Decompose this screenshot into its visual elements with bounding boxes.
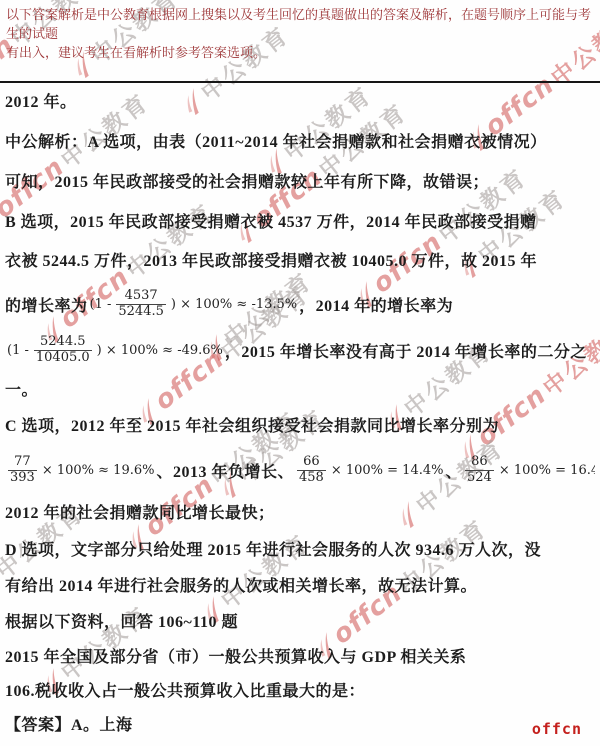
fraction-66-458: 66 458 [297, 455, 326, 486]
disclaimer-line-2: 有出入，建议考生在看解析时参考答案选项。 [6, 43, 594, 62]
fraction-77-393: 77 393 [8, 455, 37, 486]
fraction-numerator: 77 [12, 455, 33, 470]
growth-rate-2014-formula-line: (1 - 5244.5 10405.0 ) × 100% ≈ -49.6% ，2… [5, 327, 595, 373]
formula-result: ) × 100% ≈ -13.5% [171, 297, 297, 312]
formula-open-paren: (1 - [90, 297, 112, 312]
question-106-line: 106.税收收入占一般公共预算收入比重最大的是： [5, 675, 595, 709]
option-c-formula-line: 77 393 × 100% ≈ 19.6% 、2013 年负增长、 66 458… [5, 445, 595, 495]
option-d-analysis-line-2: 有给出 2014 年进行社会服务的人次或相关增长率，故无法计算。 [5, 569, 595, 605]
formula-result: × 100% = 16.41% [499, 463, 595, 478]
fraction-denominator: 5244.5 [116, 304, 166, 320]
formula-open-paren: (1 - [7, 343, 29, 358]
formula-result: × 100% = 14.4% [331, 463, 444, 478]
formula-prefix: 的增长率为 [5, 293, 88, 316]
option-a-analysis-line-2: 可知，2015 年民政部接受的社会捐赠款较上年有所下降，故错误； [5, 163, 595, 203]
growth-rate-2015-formula-line: 的增长率为 (1 - 4537 5244.5 ) × 100% ≈ -13.5%… [5, 281, 595, 327]
disclaimer-line-1: 以下答案解析是中公教育根据网上搜集以及考生回忆的真题做出的答案及解析，在题号顺序… [6, 5, 594, 43]
formula-suffix: ，2014 年的增长率为 [299, 293, 453, 316]
material-title-line: 2015 年全国及部分省（市）一般公共预算收入与 GDP 相关关系 [5, 641, 595, 675]
option-a-analysis-line-1: 中公解析：A 选项，由表（2011~2014 年社会捐赠款和社会捐赠衣被情况） [5, 123, 595, 163]
option-c-analysis-line-2: 2012 年的社会捐赠款同比增长最快； [5, 495, 595, 533]
formula-result: × 100% ≈ 19.6% [42, 463, 155, 478]
fraction-4537-5244: 4537 5244.5 [116, 289, 166, 320]
footer-offcn-brand: offcn [532, 720, 582, 738]
fraction-numerator: 5244.5 [38, 335, 88, 350]
fraction-86-524: 86 524 [465, 455, 494, 486]
formula-result: ) × 100% ≈ -49.6% [97, 343, 223, 358]
fraction-numerator: 86 [469, 455, 490, 470]
disclaimer: 以下答案解析是中公教育根据网上搜集以及考生回忆的真题做出的答案及解析，在题号顺序… [6, 5, 594, 62]
formula-separator: 、2013 年负增长、 [156, 459, 294, 482]
answer-tail-line: 2012 年。 [5, 83, 595, 123]
option-b-tail-line: 一。 [5, 373, 595, 409]
option-c-analysis-line-1: C 选项，2012 年至 2015 年社会组织接受社会捐款同比增长率分别为 [5, 409, 595, 445]
formula-separator: 、 [445, 459, 462, 482]
next-section-intro-line: 根据以下资料，回答 106~110 题 [5, 605, 595, 641]
fraction-denominator: 524 [465, 470, 494, 486]
option-d-analysis-line-1: D 选项，文字部分只给处理 2015 年进行社会服务的人次 934.6 万人次，… [5, 533, 595, 569]
fraction-denominator: 10405.0 [34, 350, 92, 366]
fraction-numerator: 4537 [123, 289, 160, 304]
answer-analysis-body: 2012 年。 中公解析：A 选项，由表（2011~2014 年社会捐赠款和社会… [0, 83, 600, 743]
formula-suffix: ，2015 年增长率没有高于 2014 年增长率的二分之 [225, 339, 587, 362]
document-page: offcn中公教育 offcn中公教育 offcn中公教育 offcn中公教育 … [0, 0, 600, 746]
fraction-numerator: 66 [301, 455, 322, 470]
option-b-analysis-line-2: 衣被 5244.5 万件，2013 年民政部接受捐赠衣被 10405.0 万件，… [5, 243, 595, 281]
fraction-5244-10405: 5244.5 10405.0 [34, 335, 92, 366]
answer-106-line: 【答案】A。上海 [5, 709, 595, 743]
option-b-analysis-line-1: B 选项，2015 年民政部接受捐赠衣被 4537 万件，2014 年民政部接受… [5, 203, 595, 243]
fraction-denominator: 393 [8, 470, 37, 486]
fraction-denominator: 458 [297, 470, 326, 486]
